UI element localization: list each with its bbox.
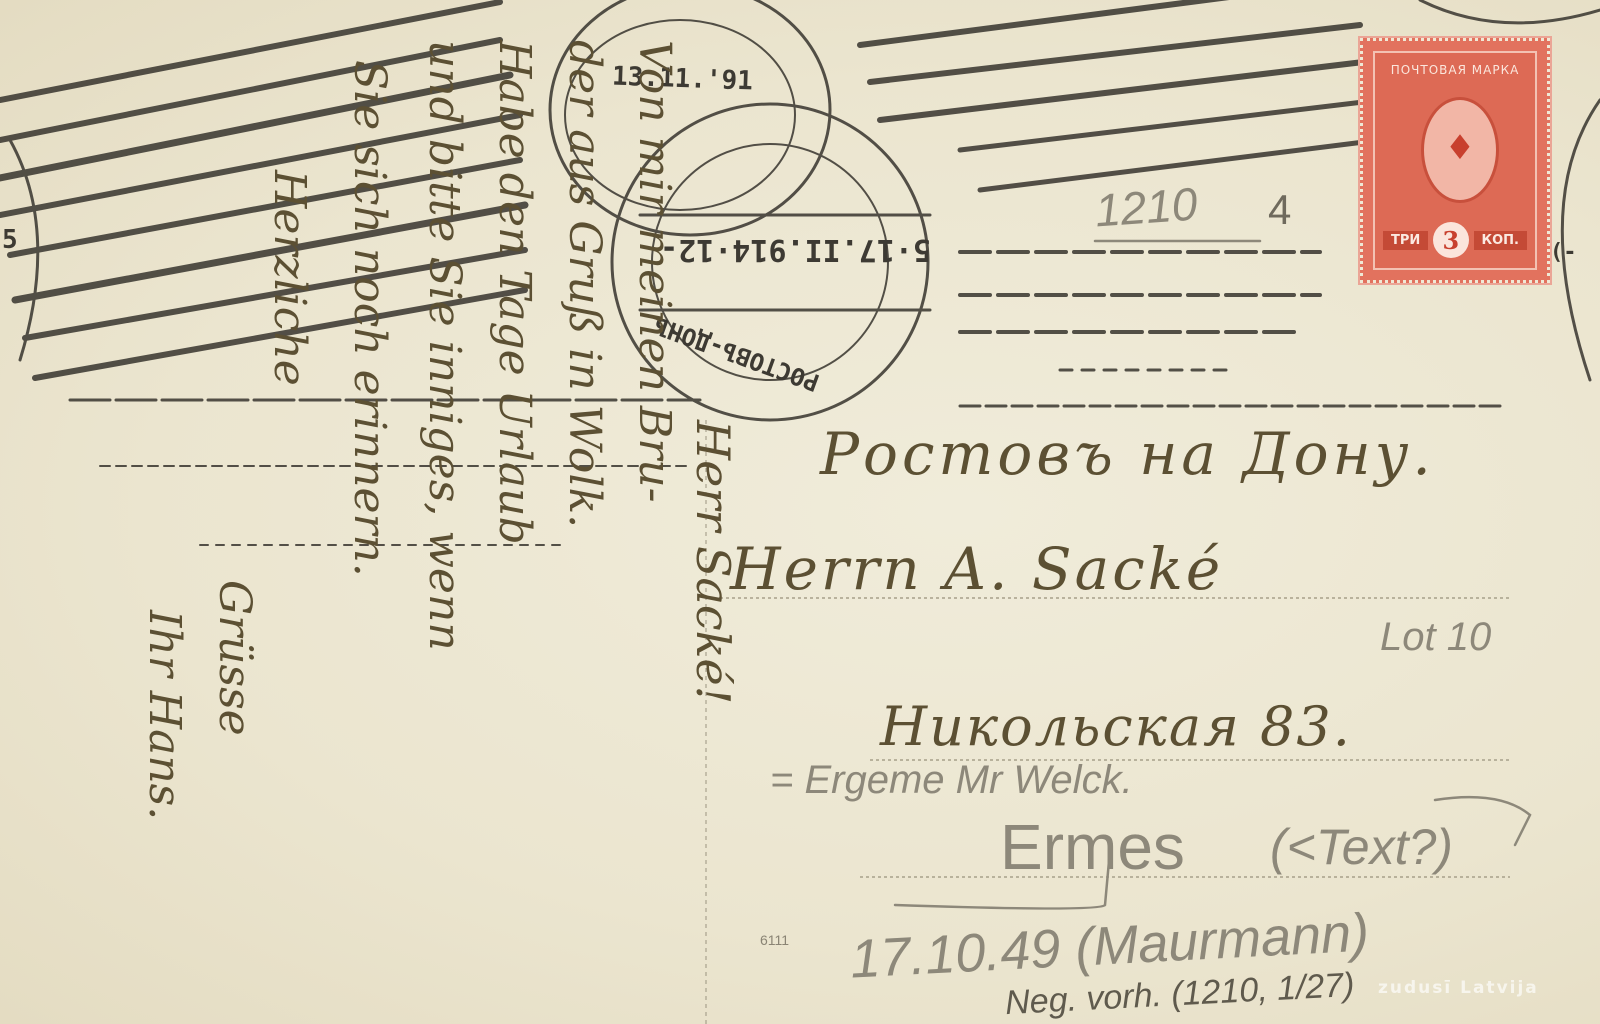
message-line-5: und bitte Sie inniges, wenn (419, 40, 470, 651)
pencil-note: = Ergeme Mr Welck. (770, 758, 1133, 803)
postage-stamp: ПОЧТОВАЯ МАРКА ♦ ТРИ 3 КОП. (1360, 38, 1550, 283)
right-postmark-fragment: (- (1550, 240, 1577, 265)
lot-mark: Lot 10 (1380, 615, 1491, 660)
postcard: 13.11.'91 5·17.II.914·12- РОСТОВЪ-ДОНЪ 5… (0, 0, 1600, 1024)
pencil-bracket-note: (<Text?) (1270, 818, 1453, 876)
left-postmark-fragment: 5 (2, 225, 18, 255)
message-line-2: Von mir meinen Bru- (629, 40, 680, 502)
stamp-denomination-bar: ТРИ 3 КОП. (1383, 228, 1527, 252)
lower-postmark-date: 5·17.II.914·12- (660, 232, 931, 267)
stamp-left-label: ТРИ (1383, 231, 1428, 250)
printed-code: 6111 (760, 932, 789, 948)
stamp-value: 3 (1433, 222, 1469, 258)
message-line-9: Ihr Hans. (139, 610, 190, 820)
address-city: Ростовъ на Дону. (820, 420, 1435, 488)
stamp-frame: ПОЧТОВАЯ МАРКА ♦ ТРИ 3 КОП. (1373, 51, 1537, 270)
message-line-6: Sie sich noch erinnern. (344, 60, 395, 577)
watermark: zudusī Latvija (1378, 978, 1539, 998)
message-line-3: der aus Gruß in Wolk. (559, 40, 610, 528)
message-line-4: Habe den Tage Urlaub (489, 40, 540, 545)
message-line-1: Herr Sacké! (686, 420, 740, 704)
double-headed-eagle-icon: ♦ (1424, 128, 1496, 168)
reference-number: 1210 (1093, 176, 1199, 237)
reference-suffix: 4 (1268, 186, 1291, 234)
stamp-right-label: КОП. (1474, 231, 1528, 250)
message-line-8: Grüsse (209, 580, 260, 736)
message-line-7: Herzliche (264, 170, 315, 386)
stamp-emblem-oval: ♦ (1421, 97, 1499, 203)
address-street: Никольская 83. (880, 695, 1352, 758)
stamp-top-text: ПОЧТОВАЯ МАРКА (1375, 63, 1535, 77)
address-recipient: Herrn A. Sacké (730, 535, 1223, 603)
pencil-place: Ermes (1000, 810, 1185, 884)
message-block: Herr Sacké! Von mir meinen Bru- der aus … (140, 40, 700, 940)
